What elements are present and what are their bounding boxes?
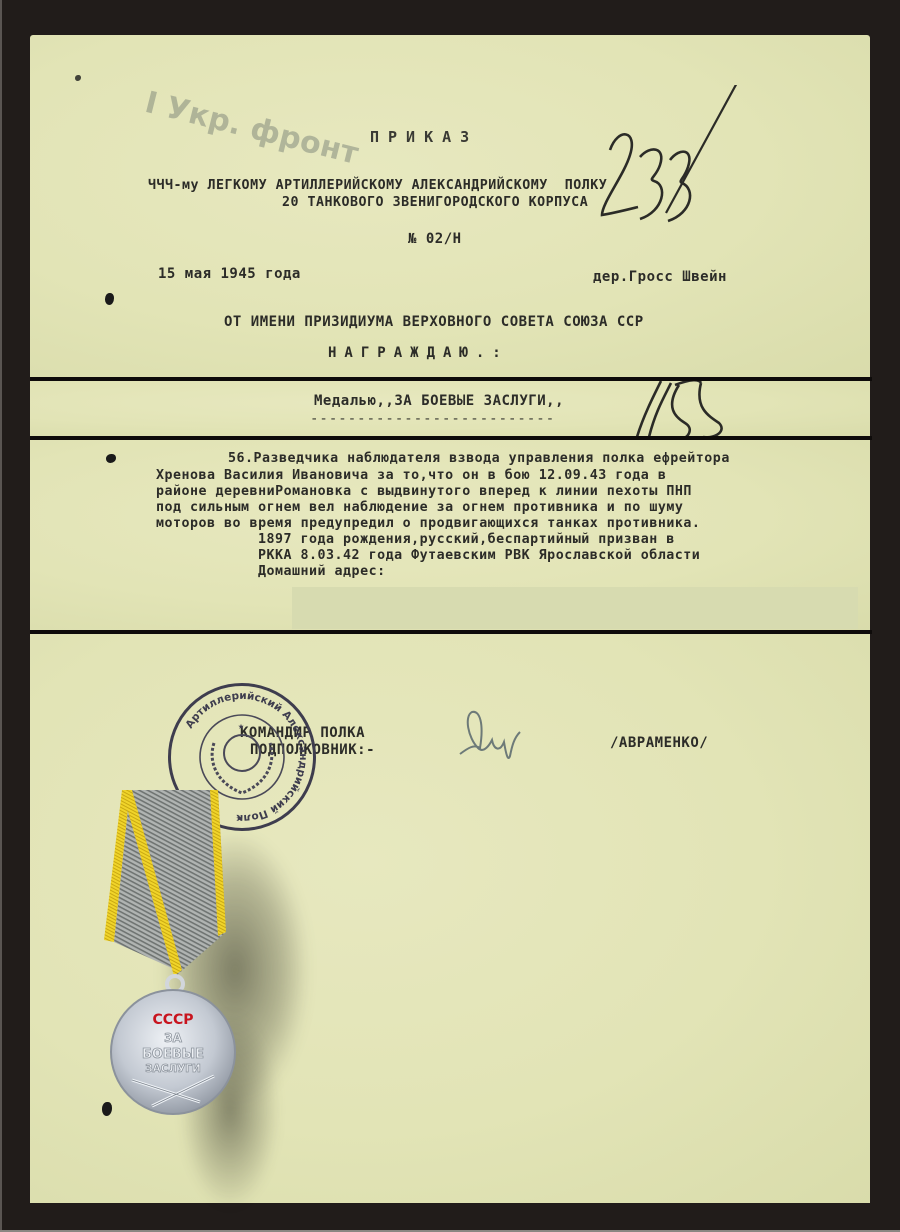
handwritten-number-255	[615, 381, 735, 436]
document-header-strip: I Укр. фронт ПРИКАЗ ЧЧЧ-му ЛЕГКОМУ АРТИЛ…	[30, 35, 870, 377]
citation-line: под сильным огнем вел наблюдение за огне…	[156, 500, 683, 515]
handwritten-number-233	[590, 85, 740, 225]
presidium-line: ОТ ИМЕНИ ПРИЗИДИУМА ВЕРХОВНОГО СОВЕТА СО…	[224, 314, 644, 330]
signature-name: /АВРАМЕНКО/	[610, 735, 708, 751]
citation-line: Хренова Василия Ивановича за то,что он в…	[156, 468, 666, 483]
medal-text-line: ЗАСЛУГИ	[145, 1063, 201, 1075]
medal-underline: --------------------------	[310, 411, 555, 427]
medal-line-strip: Медалью,,ЗА БОЕВЫЕ ЗАСЛУГИ,, -----------…	[30, 381, 870, 436]
citation-line: 56.Разведчика наблюдателя взвода управле…	[228, 451, 730, 466]
order-place: дер.Гросс Швейн	[593, 269, 727, 285]
order-date: 15 мая 1945 года	[158, 266, 301, 282]
signature	[450, 704, 540, 764]
medal-text-line: ЗА	[164, 1031, 183, 1045]
order-number: № 02/Н	[408, 231, 462, 247]
citation-strip: 56.Разведчика наблюдателя взвода управле…	[30, 440, 870, 630]
unit-line-2: 20 ТАНКОВОГО ЗВЕНИГОРОДСКОГО КОРПУСА	[282, 195, 588, 210]
punch-hole	[105, 293, 114, 305]
medal-cccp-text: СССР	[152, 1012, 193, 1028]
medal-for-battle-merit: СССР ЗА БОЕВЫЕ ЗАСЛУГИ	[96, 780, 256, 1120]
medal-name: Медалью,,ЗА БОЕВЫЕ ЗАСЛУГИ,,	[314, 393, 564, 409]
medal-text-line: БОЕВЫЕ	[142, 1047, 204, 1062]
citation-line: моторов во время предупредил о продвигаю…	[156, 516, 700, 531]
citation-line: районе деревниРоманoвка с выдвинутого вп…	[156, 484, 692, 499]
bio-line: РККА 8.03.42 года Футаевским РВК Ярослав…	[258, 548, 700, 563]
address-label: Домашний адрес:	[258, 564, 386, 579]
punch-hole	[106, 454, 116, 463]
order-title: ПРИКАЗ	[370, 128, 478, 146]
svg-text:★: ★	[238, 721, 244, 732]
punch-hole	[75, 75, 81, 81]
redacted-address	[292, 587, 858, 629]
award-verb: НАГРАЖДАЮ.:	[328, 345, 509, 361]
bio-line: 1897 года рождения,русский,беспартийный …	[258, 532, 675, 547]
unit-line-1: ЧЧЧ-му ЛЕГКОМУ АРТИЛЛЕРИЙСКОМУ АЛЕКСАНДР…	[148, 178, 607, 193]
frame-left-edge	[0, 0, 2, 1232]
front-stamp: I Укр. фронт	[142, 85, 362, 172]
